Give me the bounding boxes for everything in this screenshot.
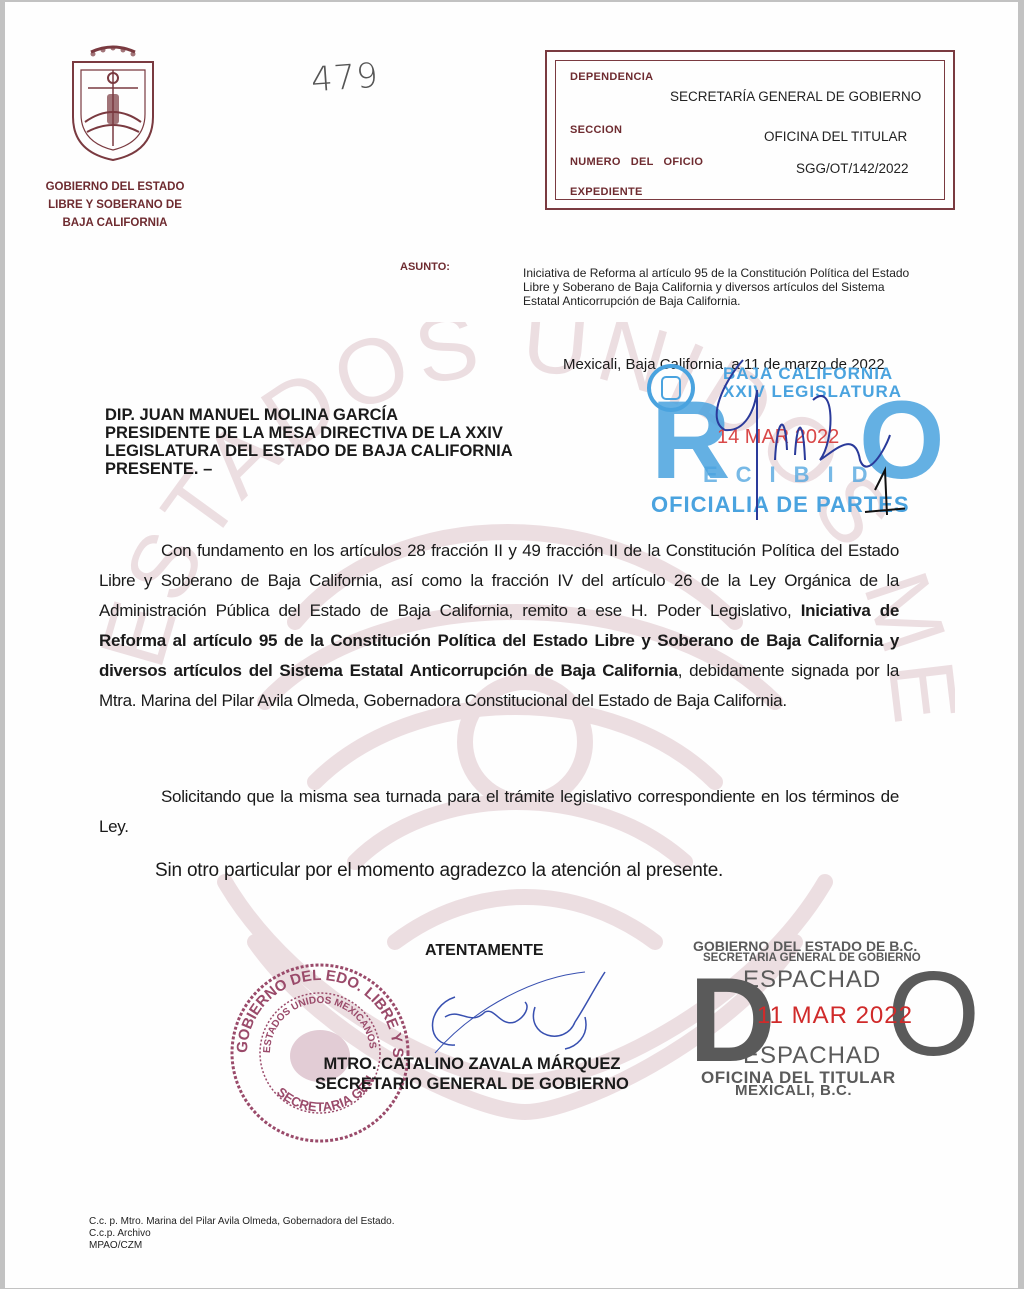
- stamp-line-city: MEXICALI, B.C.: [735, 1082, 852, 1099]
- numero-oficio-label: NUMERO DEL OFICIO: [570, 156, 703, 168]
- recipient-title: PRESIDENTE DE LA MESA DIRECTIVA DE LA XX…: [105, 424, 513, 442]
- paragraph-text: Con fundamento en los artículos 28 fracc…: [99, 541, 899, 620]
- recipient-greeting: PRESENTE. –: [105, 460, 513, 478]
- body-paragraph-2: Solicitando que la misma sea turnada par…: [99, 782, 899, 842]
- dispatched-date: 11 MAR 2022: [757, 1002, 913, 1030]
- signer-block: MTRO. CATALINO ZAVALA MÁRQUEZ SECRETARIO…: [315, 1054, 629, 1094]
- dispatched-stamp: GOBIERNO DEL ESTADO DE B.C. SECRETARIA G…: [689, 934, 949, 1094]
- paragraph-text: Solicitando que la misma sea turnada par…: [99, 787, 899, 836]
- cc-line: MPAO/CZM: [89, 1240, 395, 1252]
- recipient-title: LEGISLATURA DEL ESTADO DE BAJA CALIFORNI…: [105, 442, 513, 460]
- signer-name: MTRO. CATALINO ZAVALA MÁRQUEZ: [315, 1054, 629, 1074]
- asunto-label: ASUNTO:: [400, 261, 450, 273]
- atentamente-label: ATENTAMENTE: [425, 942, 544, 960]
- caption-line: BAJA CALIFORNIA: [25, 214, 205, 232]
- caption-line: LIBRE Y SOBERANO DE: [25, 196, 205, 214]
- numero-oficio-value: SGG/OT/142/2022: [796, 161, 909, 176]
- cc-line: C.c. p. Mtro. Marina del Pilar Avila Olm…: [89, 1216, 395, 1228]
- handwritten-initials: [685, 340, 905, 530]
- caption-line: GOBIERNO DEL ESTADO: [25, 178, 205, 196]
- seccion-value: OFICINA DEL TITULAR: [764, 129, 907, 144]
- expediente-label: EXPEDIENTE: [570, 186, 643, 198]
- recipient-name: DIP. JUAN MANUEL MOLINA GARCÍA: [105, 406, 513, 424]
- handwritten-signature: [415, 967, 615, 1057]
- handwritten-folio-number: 479: [310, 56, 381, 101]
- document-reference-box: DEPENDENCIA SECRETARÍA GENERAL DE GOBIER…: [545, 50, 955, 210]
- cc-line: C.c.p. Archivo: [89, 1228, 395, 1240]
- dependencia-value: SECRETARÍA GENERAL DE GOBIERNO: [670, 89, 921, 104]
- recipient-block: DIP. JUAN MANUEL MOLINA GARCÍA PRESIDENT…: [105, 406, 513, 478]
- dependencia-label: DEPENDENCIA: [570, 71, 653, 83]
- asunto-text: Iniciativa de Reforma al artículo 95 de …: [523, 266, 913, 308]
- seccion-label: SECCION: [570, 124, 622, 136]
- government-caption: GOBIERNO DEL ESTADO LIBRE Y SOBERANO DE …: [25, 178, 205, 232]
- stamp-word-bottom: ESPACHAD: [743, 1042, 881, 1070]
- signer-title: SECRETARIO GENERAL DE GOBIERNO: [315, 1074, 629, 1094]
- received-stamp: BAJA CALIFORNIA XXIV LEGISLATURA R O ECI…: [645, 360, 925, 520]
- baja-california-coat-of-arms: [63, 42, 163, 162]
- body-paragraph-1: Con fundamento en los artículos 28 fracc…: [99, 536, 899, 716]
- closing-sentence: Sin otro particular por el momento agrad…: [155, 860, 723, 882]
- secretaria-general-seal: GOBIERNO DEL EDO. LIBRE Y SOBERANO DE BA…: [225, 958, 415, 1148]
- carbon-copy-block: C.c. p. Mtro. Marina del Pilar Avila Olm…: [89, 1216, 395, 1252]
- document-page: ESTADOS UNIDOS MEXICANOS: [5, 2, 1018, 1288]
- stamp-word-top: ESPACHAD: [743, 966, 881, 994]
